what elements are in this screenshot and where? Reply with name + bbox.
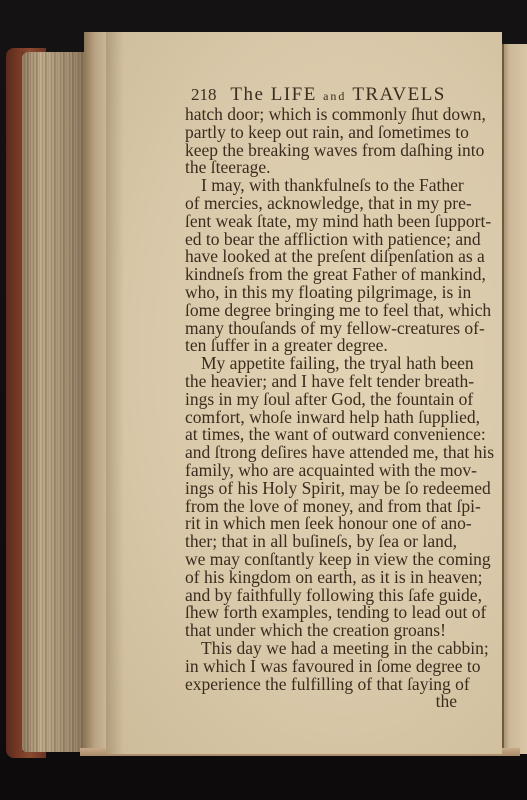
text-line: experience the fulfilling of that ſaying… — [185, 676, 457, 694]
running-head-and: and — [323, 89, 346, 103]
running-head-title-2: TRAVELS — [352, 84, 446, 105]
page-number: 218 — [191, 85, 217, 104]
text-line: partly to keep out rain, and ſometimes t… — [185, 124, 457, 142]
page-block-edge — [22, 52, 84, 752]
text-line: of his kingdom on earth, as it is in hea… — [185, 569, 457, 587]
text-line: ings of his Holy Spirit, may be ſo redee… — [185, 480, 457, 498]
text-line: ſent weak ſtate, my mind hath been ſuppo… — [185, 213, 457, 231]
running-head-title-1: LIFE — [271, 84, 317, 105]
running-head: 218 The LIFE and TRAVELS — [191, 84, 461, 106]
text-line: ings in my ſoul after God, the fountain … — [185, 391, 457, 409]
page-body-text: hatch door; which is commonly ſhut down,… — [185, 106, 457, 711]
text-line: ſome degree bringing me to feel that, wh… — [185, 302, 457, 320]
catchword: the — [185, 693, 457, 711]
text-line: in which I was favoured in ſome degree t… — [185, 658, 457, 676]
book-photo: 218 The LIFE and TRAVELS hatch door; whi… — [0, 0, 527, 800]
next-leaf-edge — [502, 44, 527, 754]
running-head-the: The — [230, 84, 264, 105]
